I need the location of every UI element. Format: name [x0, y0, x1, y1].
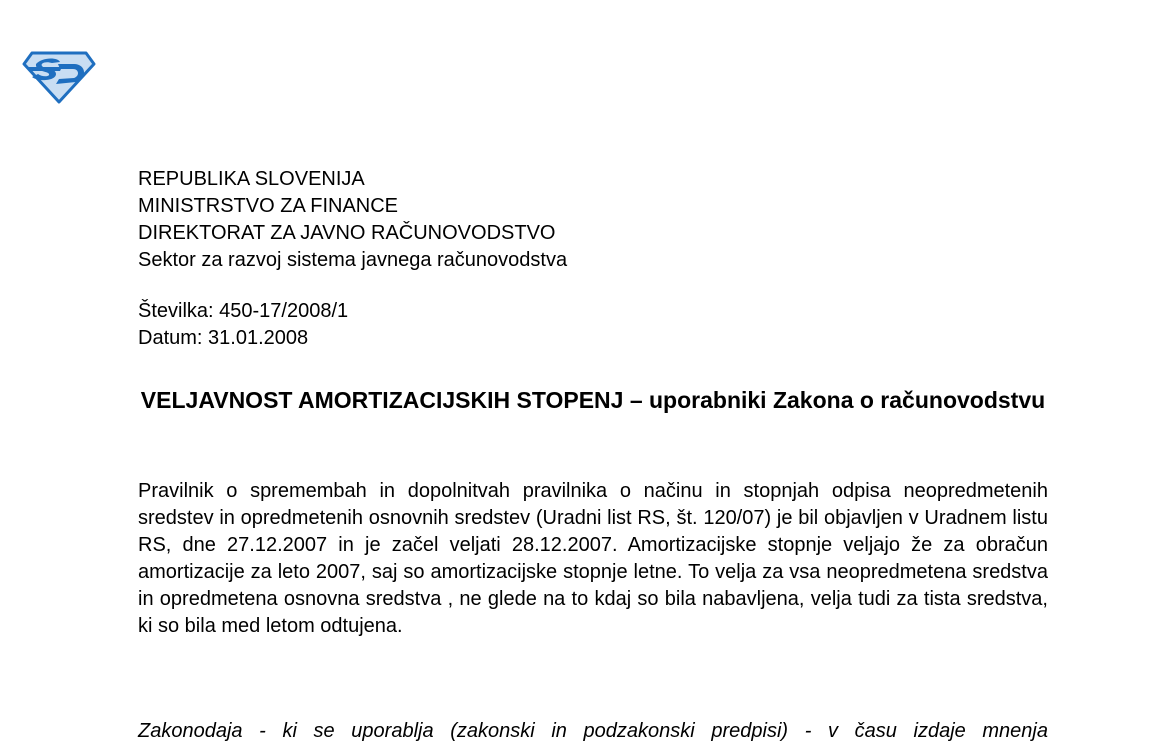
letterhead-sector: Sektor za razvoj sistema javnega računov…: [138, 247, 567, 274]
document-title: VELJAVNOST AMORTIZACIJSKIH STOPENJ – upo…: [138, 385, 1048, 415]
document-number: Številka: 450-17/2008/1: [138, 298, 348, 325]
document-number-value: 450-17/2008/1: [219, 300, 348, 322]
letterhead-country: REPUBLIKA SLOVENIJA: [138, 166, 567, 193]
letterhead-directorate: DIREKTORAT ZA JAVNO RAČUNOVODSTVO: [138, 220, 567, 247]
document-number-label: Številka:: [138, 300, 214, 322]
body-paragraph: Pravilnik o spremembah in dopolnitvah pr…: [138, 478, 1048, 640]
letterhead: REPUBLIKA SLOVENIJA MINISTRSTVO ZA FINAN…: [138, 166, 567, 274]
organization-logo: [22, 50, 96, 104]
legislation-heading: Zakonodaja - ki se uporablja (zakonski i…: [138, 718, 1048, 743]
document-date-value: 31.01.2008: [208, 327, 308, 349]
sd-shield-logo-icon: [22, 50, 96, 104]
document-date-label: Datum:: [138, 327, 202, 349]
document-meta: Številka: 450-17/2008/1 Datum: 31.01.200…: [138, 298, 348, 352]
letterhead-ministry: MINISTRSTVO ZA FINANCE: [138, 193, 567, 220]
document-date: Datum: 31.01.2008: [138, 325, 348, 352]
